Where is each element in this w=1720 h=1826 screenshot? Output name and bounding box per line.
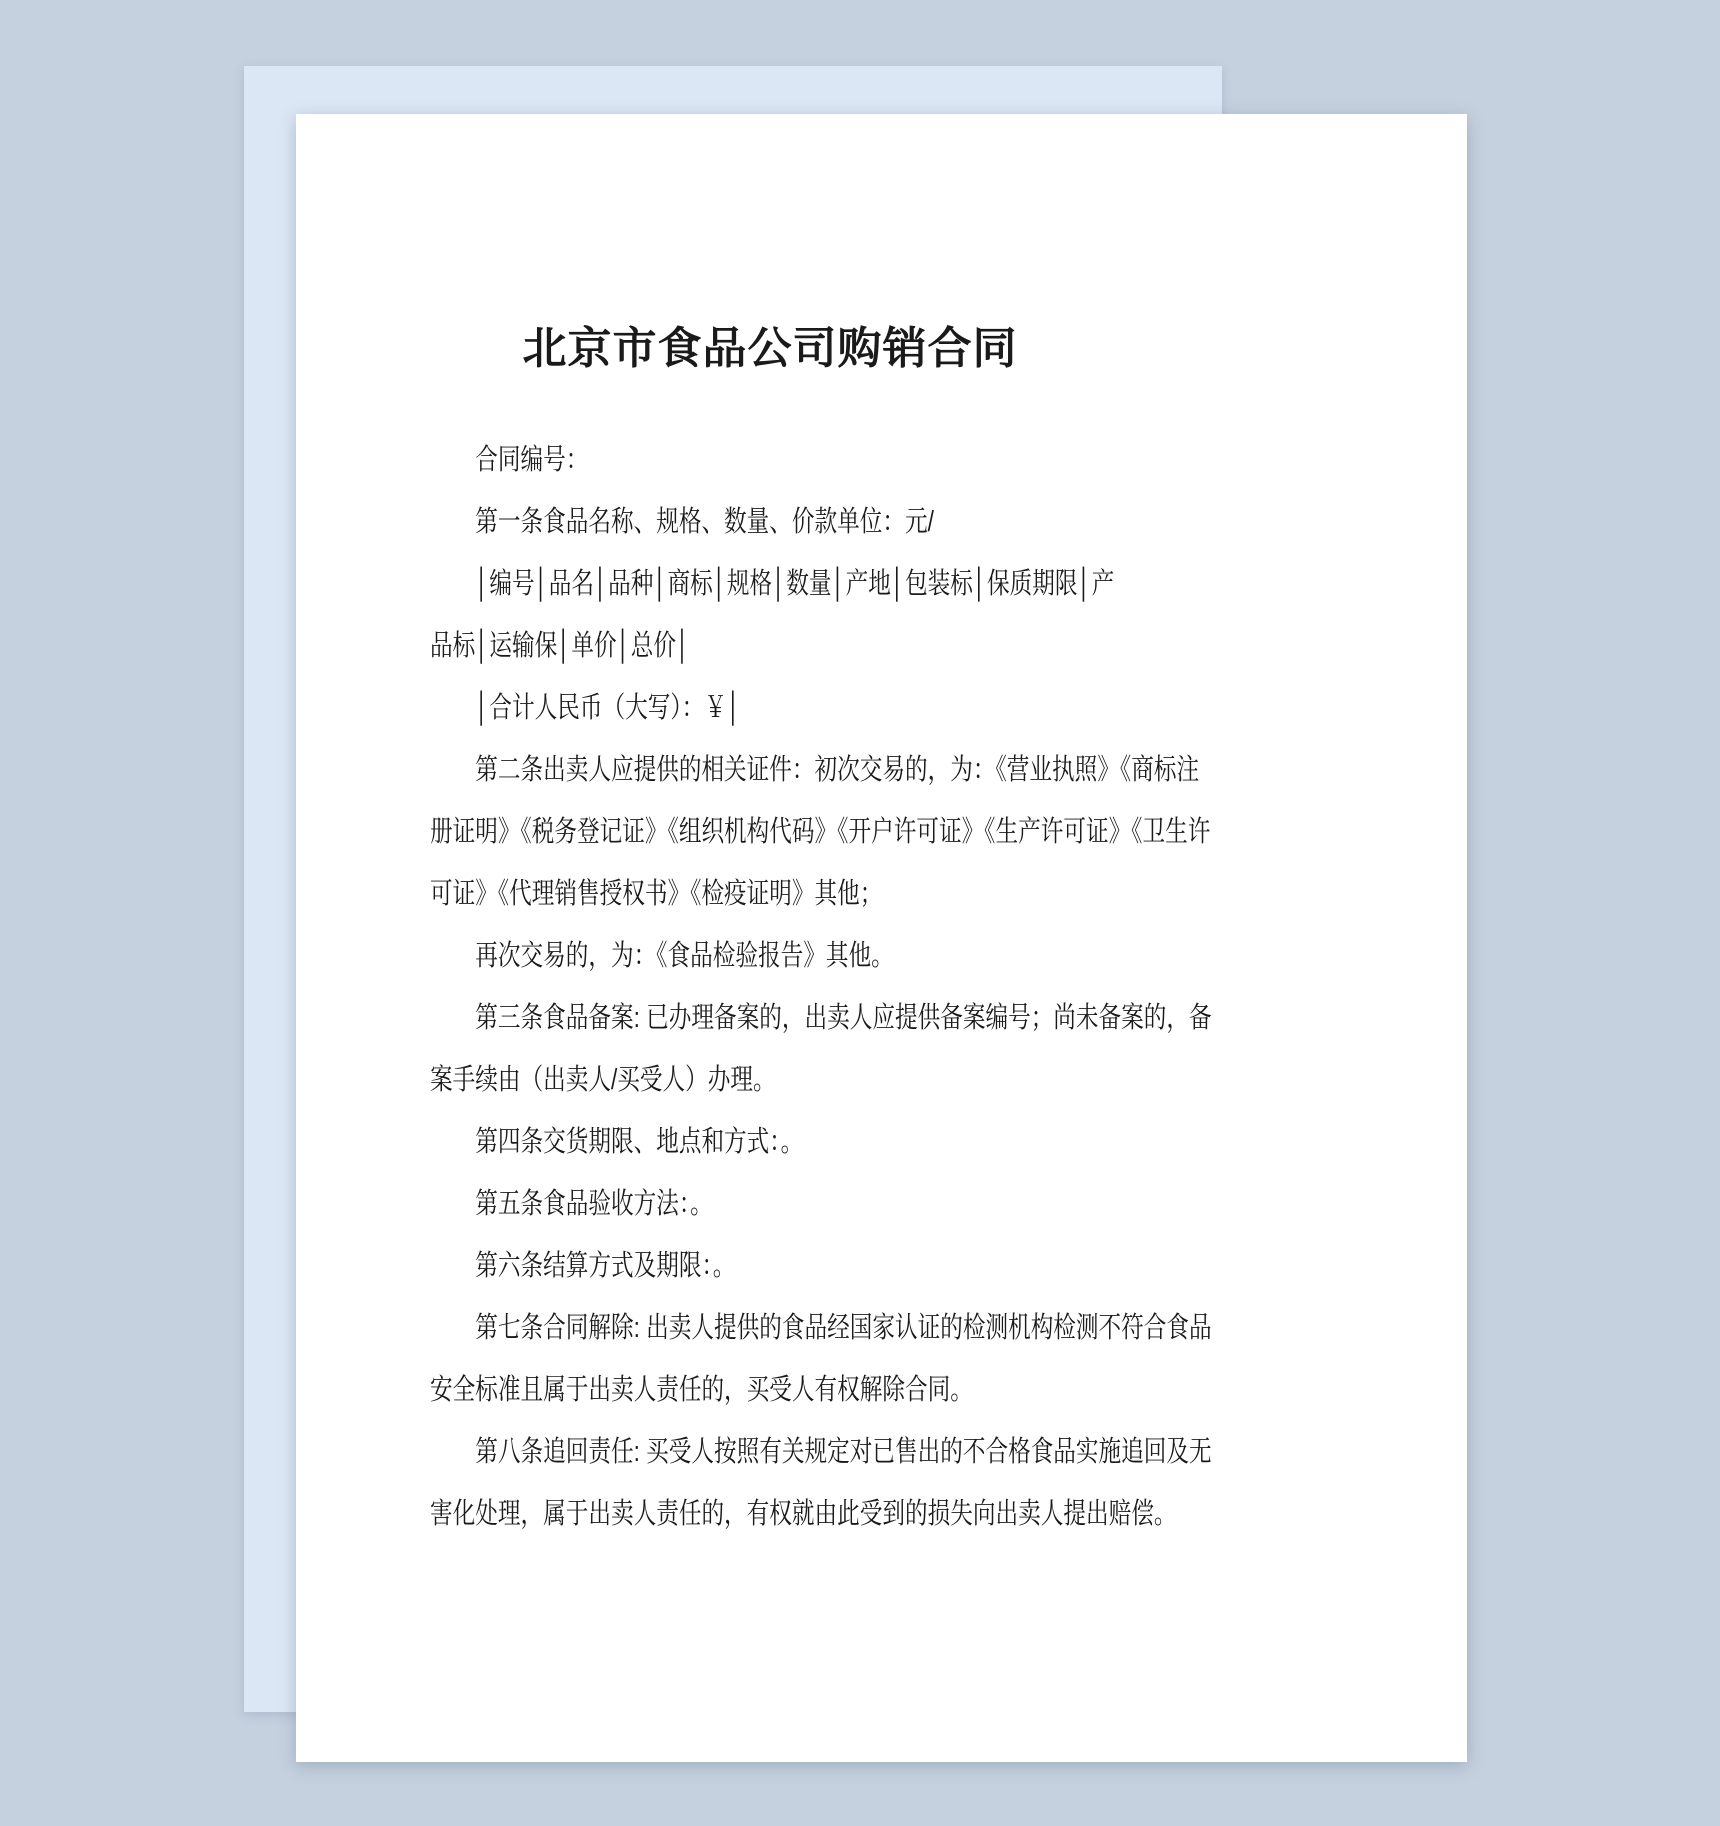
contract-line: 第一条食品名称、规格、数量、价款单位：元/ bbox=[430, 491, 1212, 553]
contract-line: 案手续由（出卖人/买受人）办理。 bbox=[430, 1049, 1212, 1111]
contract-line: 第四条交货期限、地点和方式：。 bbox=[430, 1111, 1212, 1173]
document-title: 北京市食品公司购销合同 bbox=[430, 320, 1110, 378]
contract-line: 品标│运输保│单价│总价│ bbox=[430, 615, 1212, 677]
contract-line: 再次交易的，为：《食品检验报告》其他。 bbox=[430, 925, 1212, 987]
contract-line: 第二条出卖人应提供的相关证件：初次交易的，为：《营业执照》《商标注 bbox=[430, 739, 1212, 801]
contract-line: │合计人民币（大写）：￥│ bbox=[430, 677, 1212, 739]
contract-line: 第八条追回责任: 买受人按照有关规定对已售出的不合格食品实施追回及无 bbox=[430, 1421, 1212, 1483]
document-body: 合同编号： 第一条食品名称、规格、数量、价款单位：元/ │编号│品名│品种│商标… bbox=[430, 429, 1212, 1545]
contract-line: 合同编号： bbox=[430, 429, 1212, 491]
contract-line: 害化处理，属于出卖人责任的，有权就由此受到的损失向出卖人提出赔偿。 bbox=[430, 1483, 1212, 1545]
contract-line: 第七条合同解除: 出卖人提供的食品经国家认证的检测机构检测不符合食品 bbox=[430, 1297, 1212, 1359]
contract-line: 第五条食品验收方法：。 bbox=[430, 1173, 1212, 1235]
contract-line: 册证明》《税务登记证》《组织机构代码》《开户许可证》《生产许可证》《卫生许 bbox=[430, 801, 1212, 863]
contract-line: 安全标准且属于出卖人责任的，买受人有权解除合同。 bbox=[430, 1359, 1212, 1421]
contract-line: 第六条结算方式及期限：。 bbox=[430, 1235, 1212, 1297]
document-page: 北京市食品公司购销合同 合同编号： 第一条食品名称、规格、数量、价款单位：元/ … bbox=[296, 114, 1467, 1762]
contract-line: 可证》《代理销售授权书》《检疫证明》其他； bbox=[430, 863, 1212, 925]
contract-line: │编号│品名│品种│商标│规格│数量│产地│包装标│保质期限│产 bbox=[430, 553, 1212, 615]
contract-line: 第三条食品备案: 已办理备案的，出卖人应提供备案编号；尚未备案的，备 bbox=[430, 987, 1212, 1049]
